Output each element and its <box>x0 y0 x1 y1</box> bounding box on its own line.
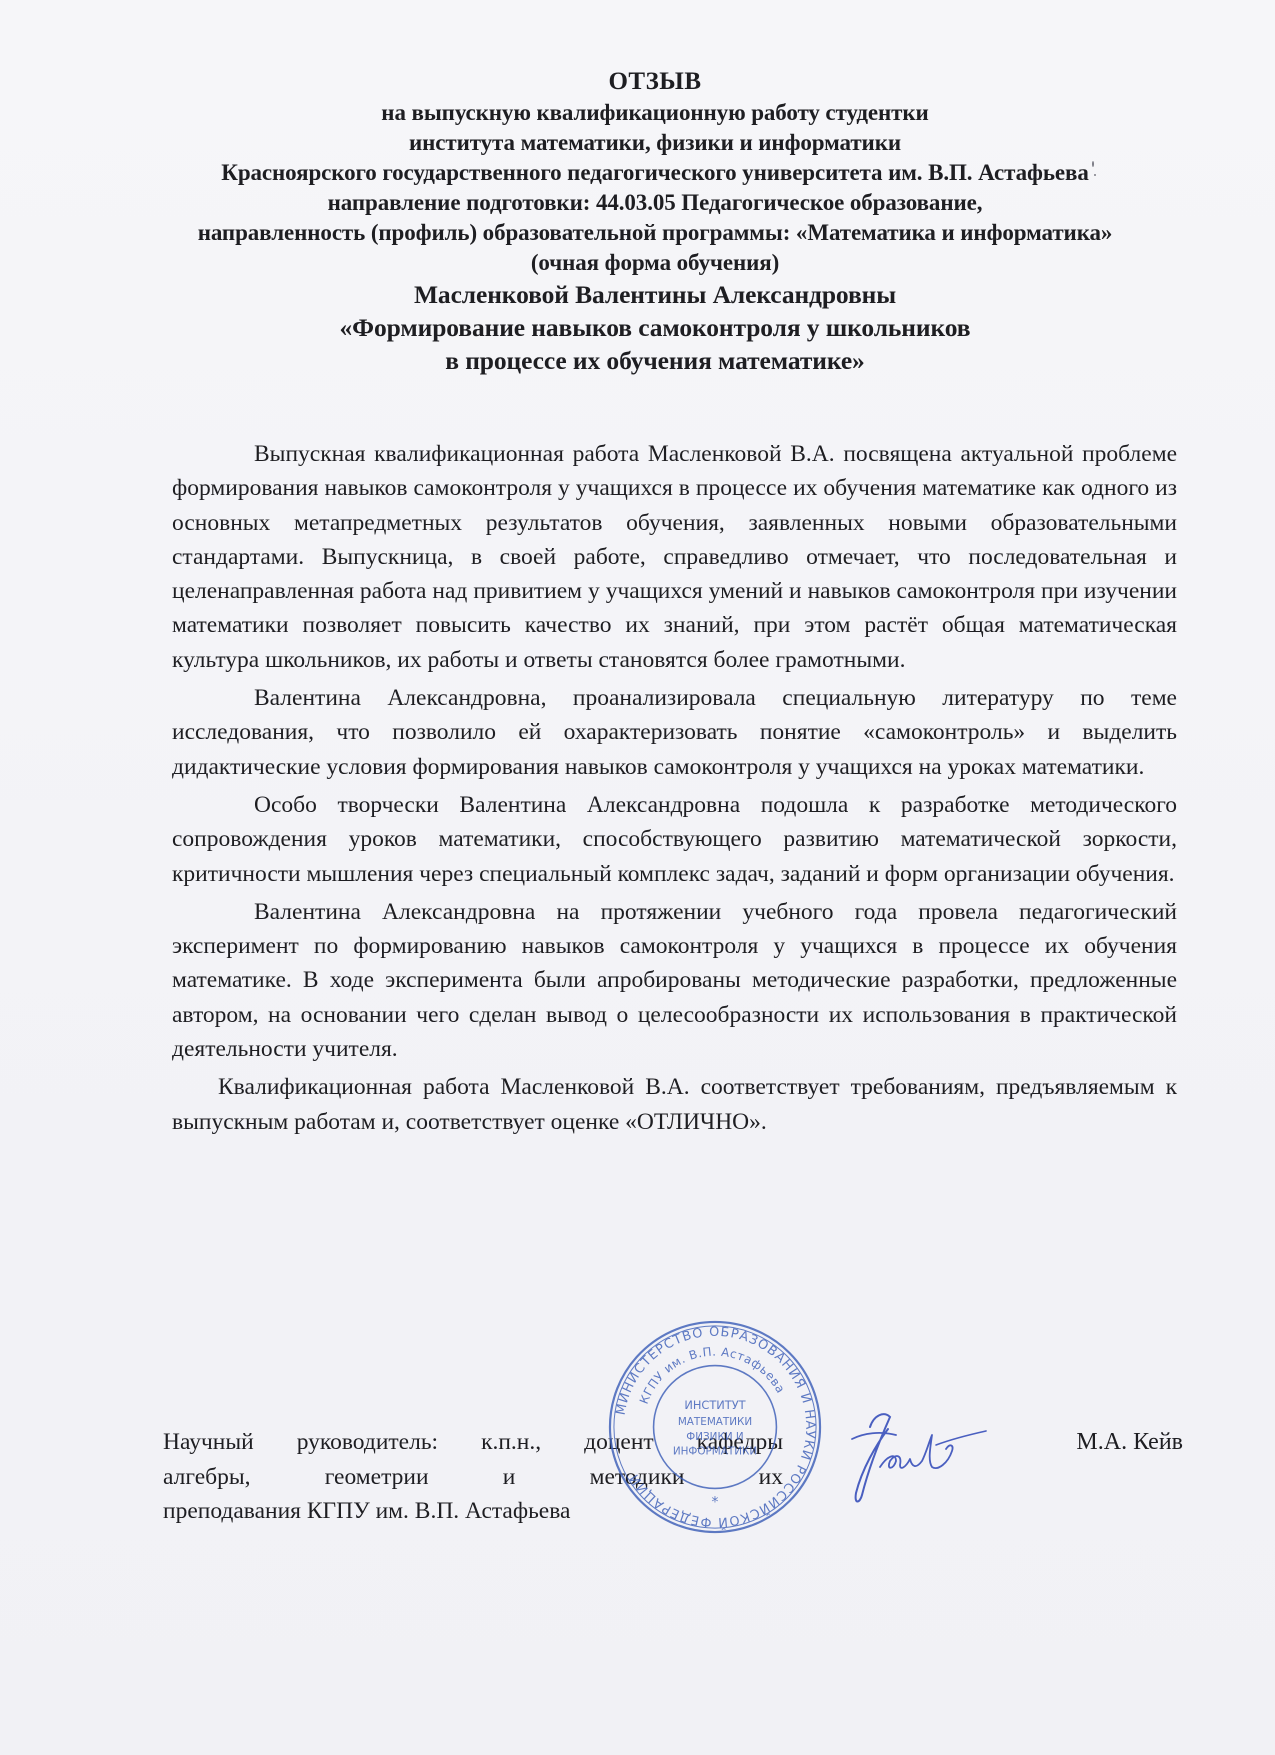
document-header: ОТЗЫВ на выпускную квалификационную рабо… <box>100 66 1210 377</box>
stamp-center-line-2: МАТЕМАТИКИ <box>678 1416 752 1428</box>
stamp-center-line-3: ФИЗИКИ И <box>686 1431 743 1443</box>
stamp-center-line-1: ИНСТИТУТ <box>684 1398 745 1412</box>
header-line-study-form: (очная форма обучения) <box>100 248 1210 278</box>
header-line-university: Красноярского государственного педагогич… <box>100 158 1210 188</box>
document-title: ОТЗЫВ <box>100 66 1210 98</box>
review-body: Выпускная квалификационная работа Маслен… <box>172 437 1177 1143</box>
stamp-center-line-4: ИНФОРМАТИКИ <box>673 1446 757 1458</box>
header-line-institute: института математики, физики и информати… <box>100 128 1210 158</box>
header-line-direction: направление подготовки: 44.03.05 Педагог… <box>100 188 1210 218</box>
handwritten-signature-icon <box>840 1405 990 1510</box>
header-line-purpose: на выпускную квалификационную работу сту… <box>100 98 1210 128</box>
paragraph-experiment: Валентина Александровна на протяжении уч… <box>172 895 1177 1066</box>
supervisor-line-3: преподавания КГПУ им. В.П. Астафьева <box>163 1498 570 1524</box>
student-name: Масленковой Валентины Александровны <box>100 278 1210 311</box>
scanned-page: ОТЗЫВ на выпускную квалификационную рабо… <box>0 0 1275 1755</box>
paragraph-relevance: Выпускная квалификационная работа Маслен… <box>172 437 1177 677</box>
paragraph-literature: Валентина Александровна, проанализировал… <box>172 681 1177 784</box>
round-stamp-icon: МИНИСТЕРСТВО ОБРАЗОВАНИЯ И НАУКИ РОССИЙС… <box>606 1318 824 1536</box>
paragraph-conclusion: Квалификационная работа Масленковой В.А.… <box>172 1070 1177 1139</box>
signer-name: М.А. Кейв <box>1076 1425 1183 1460</box>
stamp-star: * <box>712 1494 719 1510</box>
thesis-topic-line-2: в процессе их обучения математике» <box>100 344 1210 377</box>
thesis-topic-line-1: «Формирование навыков самоконтроля у шко… <box>100 311 1210 344</box>
paragraph-methodology: Особо творчески Валентина Александровна … <box>172 788 1177 891</box>
header-line-profile: направленность (профиль) образовательной… <box>100 218 1210 248</box>
